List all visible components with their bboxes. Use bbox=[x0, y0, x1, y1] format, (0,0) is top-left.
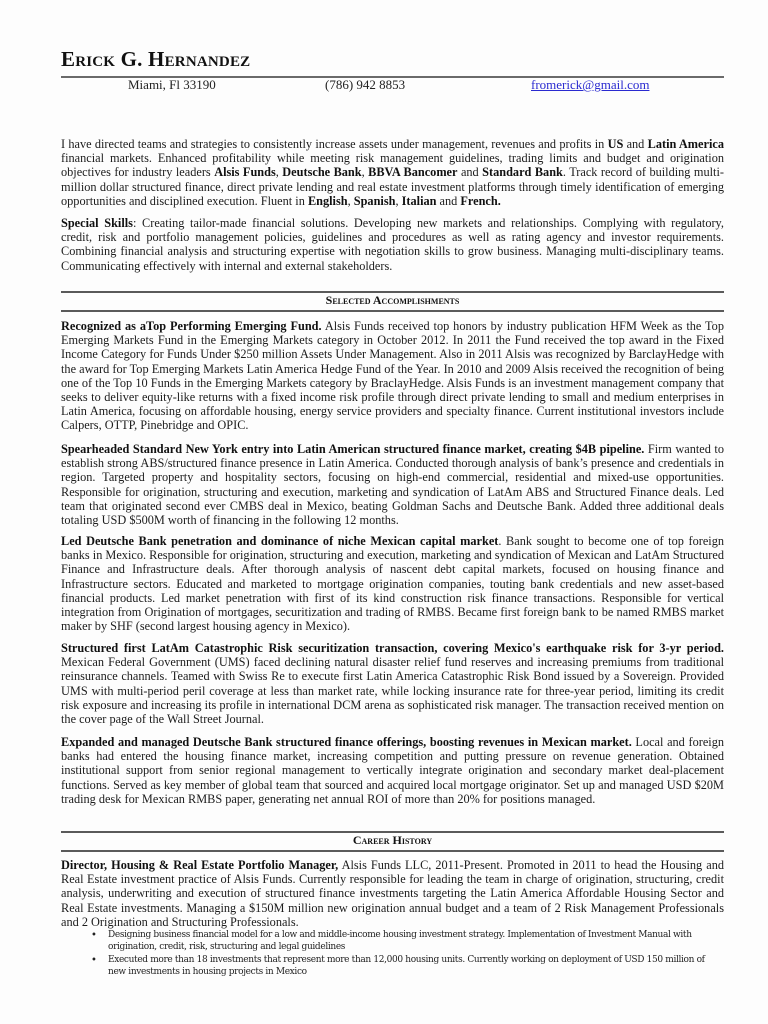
address: Miami, Fl 33190 bbox=[128, 77, 216, 93]
accomplishment-item: Led Deutsche Bank penetration and domina… bbox=[61, 534, 724, 633]
list-item: •Designing business financial model for … bbox=[91, 930, 721, 953]
accomplishment-item: Recognized as aTop Performing Emerging F… bbox=[61, 319, 724, 433]
summary-paragraph: I have directed teams and strategies to … bbox=[61, 137, 724, 208]
special-skills-paragraph: Special Skills: Creating tailor-made fin… bbox=[61, 216, 724, 273]
career-job-entry: Director, Housing & Real Estate Portfoli… bbox=[61, 858, 724, 929]
candidate-name: Erick G. Hernandez bbox=[61, 47, 250, 72]
section-title-accomplishments: Selected Accomplishments bbox=[61, 293, 724, 308]
special-skills-label: Special Skills bbox=[61, 216, 133, 230]
section-rule-bottom bbox=[61, 850, 724, 852]
career-job-bullets: •Designing business financial model for … bbox=[91, 930, 721, 980]
accomplishment-item: Expanded and managed Deutsche Bank struc… bbox=[61, 735, 724, 806]
phone-number: (786) 942 8853 bbox=[325, 77, 405, 93]
bullet-icon: • bbox=[91, 930, 97, 942]
email-link[interactable]: fromerick@gmail.com bbox=[531, 77, 649, 93]
list-item: •Executed more than 18 investments that … bbox=[91, 955, 721, 978]
section-title-career-history: Career History bbox=[61, 833, 724, 848]
section-rule-bottom bbox=[61, 310, 724, 312]
accomplishment-item: Spearheaded Standard New York entry into… bbox=[61, 442, 724, 527]
accomplishment-item: Structured first LatAm Catastrophic Risk… bbox=[61, 641, 724, 726]
bullet-icon: • bbox=[91, 955, 97, 967]
